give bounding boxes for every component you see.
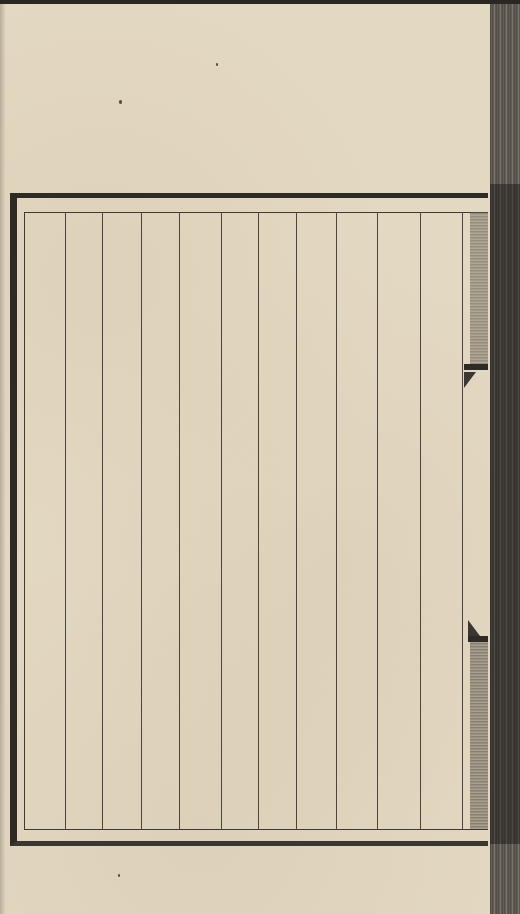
book-fore-edge [490,4,520,914]
column-rule-line [179,212,180,830]
center-fold-column [470,212,488,830]
column-rule-line [221,212,222,830]
inner-border-frame [24,212,488,830]
paper-stain [118,874,120,877]
column-rule-line [462,212,463,830]
upper-fishtail-bar [464,364,488,370]
column-rule-line [258,212,259,830]
upper-fishtail-icon [464,372,476,388]
column-rule-line [102,212,103,830]
column-rule-line [336,212,337,830]
column-rule-line [296,212,297,830]
column-rule-line [420,212,421,830]
upper-black-mouth [470,212,488,364]
column-rule-line [141,212,142,830]
paper-stain [216,63,218,66]
lower-fishtail-icon [468,620,480,636]
lower-black-mouth [470,642,488,830]
column-rule-line [377,212,378,830]
paper-stain [119,100,122,104]
column-rule-line [65,212,66,830]
